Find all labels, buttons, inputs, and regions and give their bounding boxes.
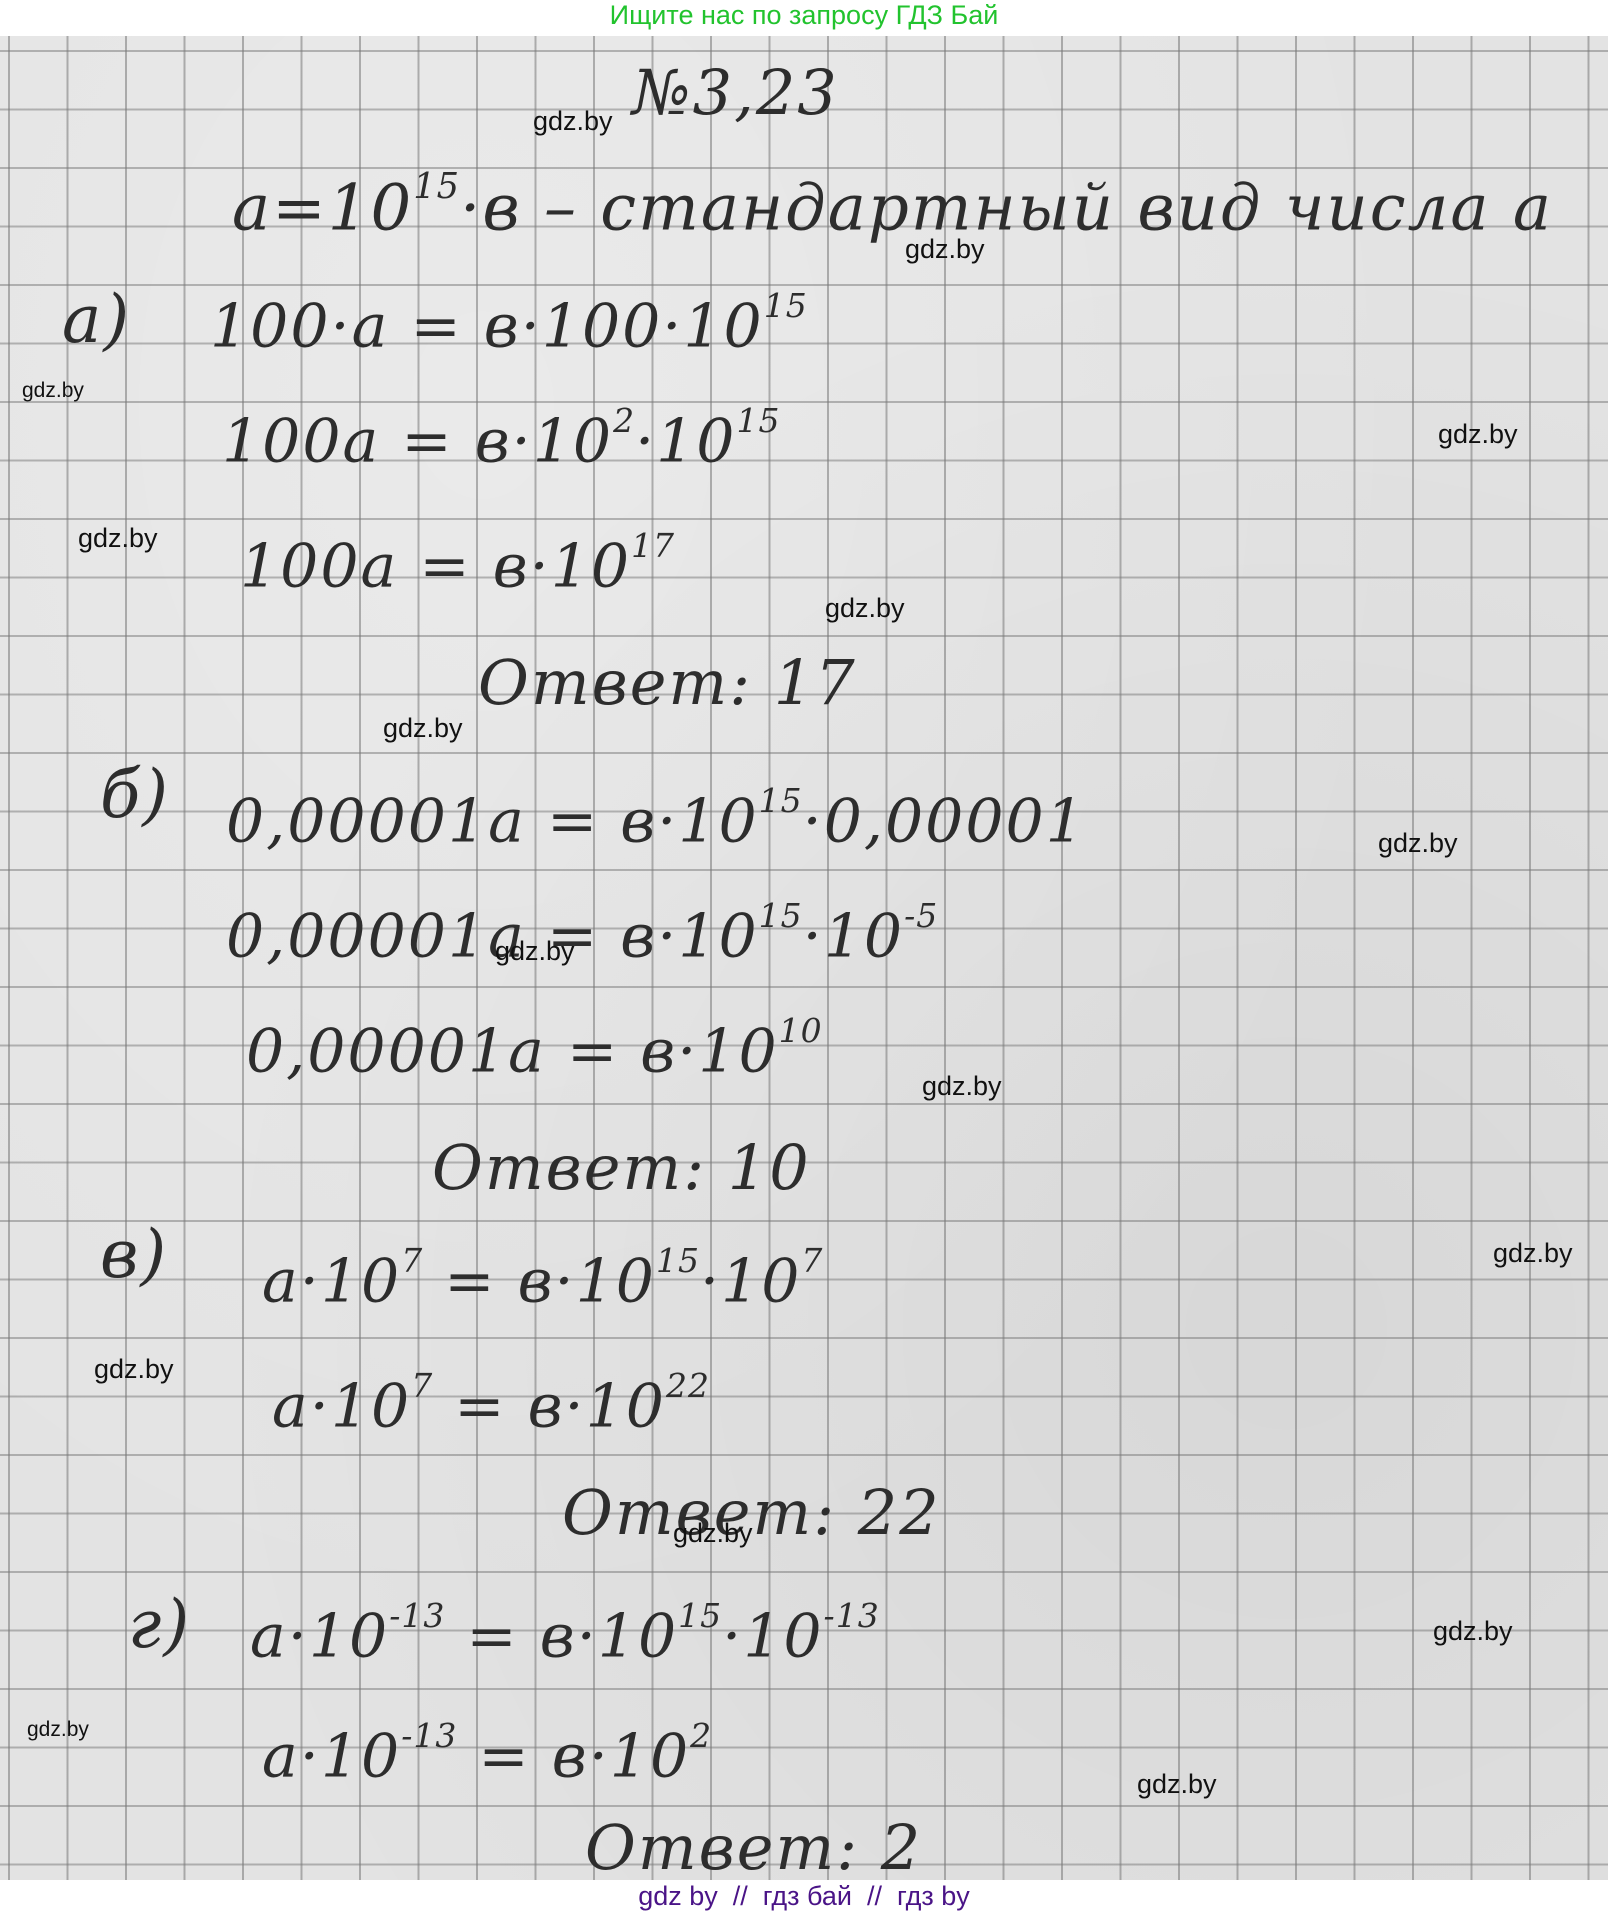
part-v-label: в) [100, 1216, 168, 1293]
top-banner-text: Ищите нас по запросу ГДЗ Бай [610, 0, 999, 30]
watermark: gdz.by [673, 1518, 753, 1549]
problem-number: №3,23 [632, 56, 839, 129]
problem-statement: a=1015·в – стандартный вид числа a [232, 166, 1553, 246]
part-b-label: б) [100, 756, 170, 833]
watermark: gdz.by [1137, 1769, 1217, 1800]
part-a-line-3: 100a = в·1017 [240, 526, 675, 602]
part-b-answer: Ответ: 10 [432, 1131, 811, 1204]
watermark: gdz.by [78, 523, 158, 554]
watermark: gdz.by [383, 713, 463, 744]
watermark: gdz.by [825, 593, 905, 624]
part-a-label: а) [62, 281, 131, 358]
watermark: gdz.by [1378, 828, 1458, 859]
bottom-banner-text: gdz by // гдз бай // гдз by [638, 1881, 970, 1911]
part-g-line-1: a·10-13 = в·1015·10-13 [250, 1596, 880, 1672]
watermark: gdz.by [1493, 1238, 1573, 1269]
part-a-line-2: 100a = в·102·1015 [222, 401, 780, 477]
part-g-answer: Ответ: 2 [585, 1811, 922, 1882]
watermark: gdz.by [94, 1354, 174, 1385]
watermark: gdz.by [922, 1071, 1002, 1102]
part-v-line-1: a·107 = в·1015·107 [262, 1241, 823, 1317]
watermark: gdz.by [1433, 1616, 1513, 1647]
part-v-line-2: a·107 = в·1022 [272, 1366, 710, 1442]
top-banner: Ищите нас по запросу ГДЗ Бай [0, 0, 1608, 38]
watermark: gdz.by [22, 379, 84, 403]
watermark: gdz.by [27, 1718, 89, 1742]
watermark: gdz.by [533, 106, 613, 137]
part-b-line-2: 0,00001a = в·1015·10-5 [226, 896, 938, 972]
part-a-answer: Ответ: 17 [478, 646, 857, 719]
part-a-line-1: 100·a = в·100·1015 [210, 286, 808, 362]
part-b-line-3: 0,00001a = в·1010 [246, 1011, 823, 1087]
watermark: gdz.by [905, 234, 985, 265]
bottom-banner: gdz by // гдз бай // гдз by [0, 1880, 1608, 1915]
notebook-page: №3,23 a=1015·в – стандартный вид числа a… [0, 36, 1608, 1882]
part-g-label: г) [128, 1586, 191, 1663]
part-b-line-1: 0,00001a = в·1015·0,00001 [226, 781, 1086, 857]
watermark: gdz.by [495, 936, 575, 967]
part-g-line-2: a·10-13 = в·102 [262, 1716, 712, 1792]
watermark: gdz.by [1438, 419, 1518, 450]
